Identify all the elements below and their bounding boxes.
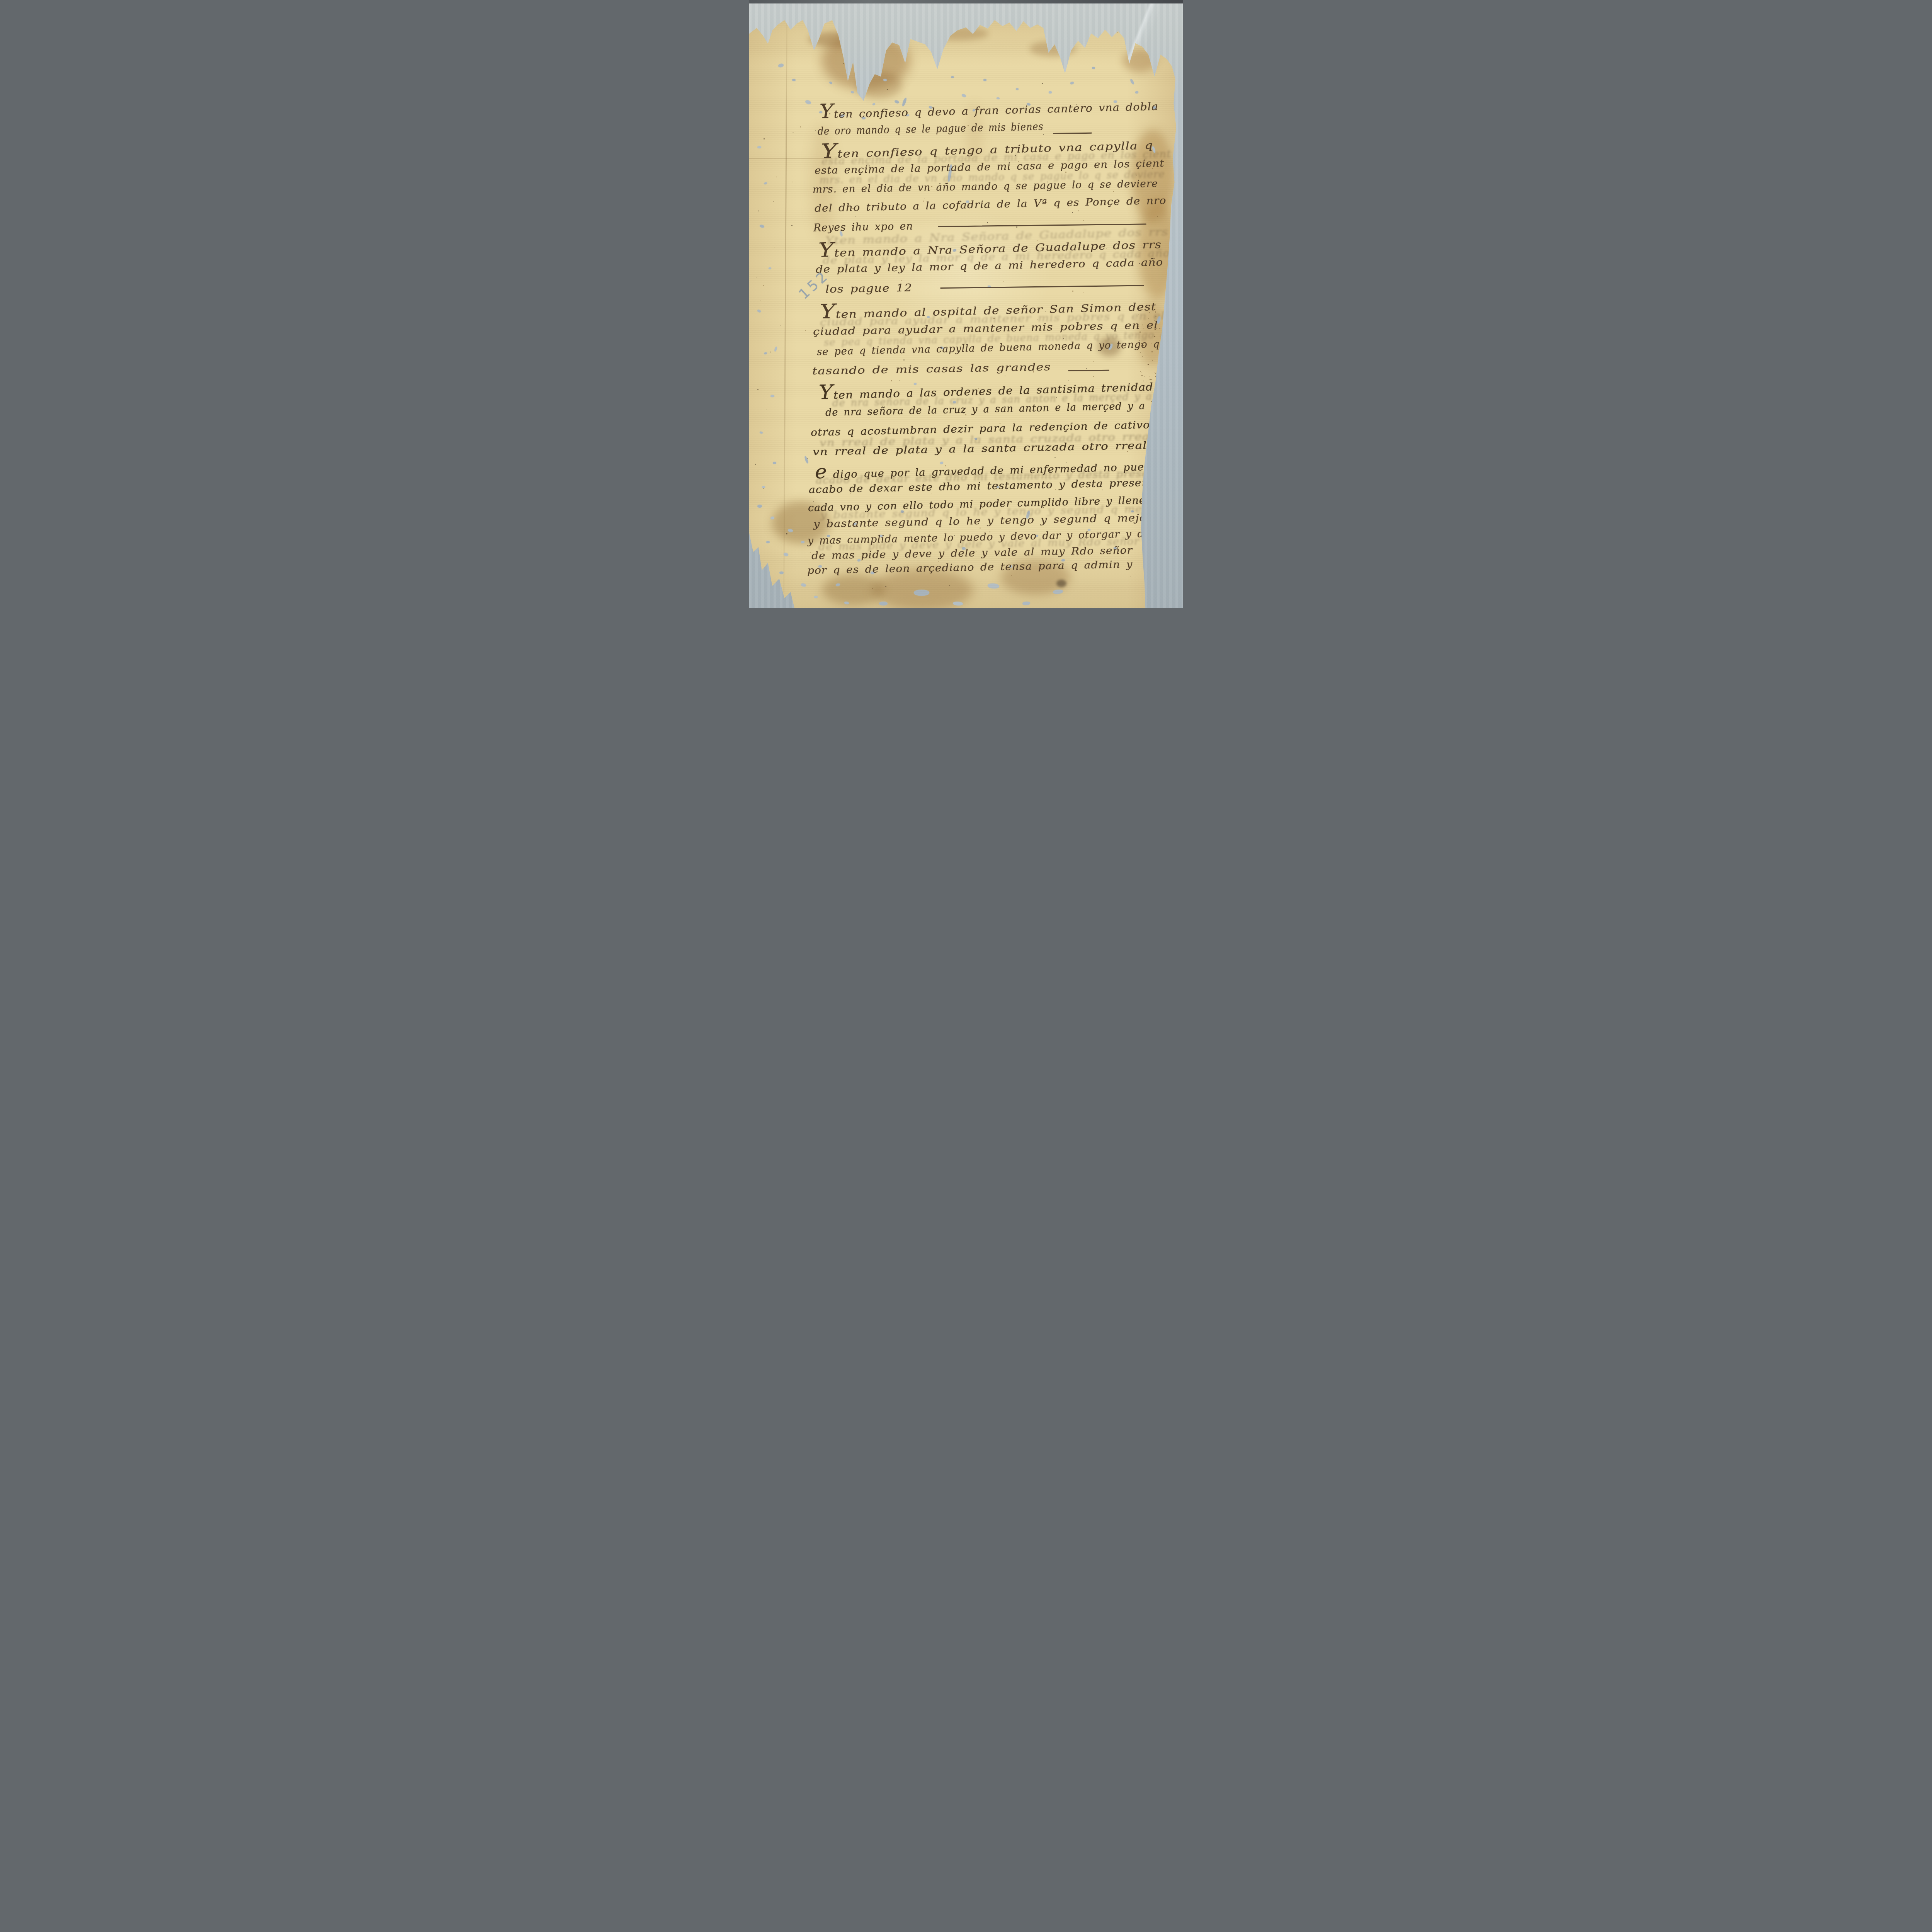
manuscript-text-line: por q es de leon arçediano de tensa para…: [807, 559, 1133, 577]
manuscript-text-line: los pague 12: [825, 282, 913, 295]
manuscript-text-line: tasando de mis casas las grandes: [812, 361, 1051, 377]
ink-rule-line: [1068, 370, 1109, 371]
handwritten-text-layer: Yten confieso q devo a fran corias cante…: [749, 0, 1183, 608]
ink-rule-line: [938, 224, 1146, 228]
manuscript-scan: Yten confieso q devo a fran corias cante…: [749, 0, 1183, 608]
manuscript-page: Yten confieso q devo a fran corias cante…: [749, 0, 1183, 608]
ink-rule-line: [940, 285, 1144, 289]
manuscript-text-line: Reyes ihu xpo en: [813, 220, 913, 234]
manuscript-text-line: del dho tributo a la cofadria de la Vª q…: [814, 195, 1166, 214]
manuscript-text-line: Yten confieso q devo a fran corias cante…: [819, 92, 1158, 123]
scanner-bed-strip: [749, 0, 1183, 3]
